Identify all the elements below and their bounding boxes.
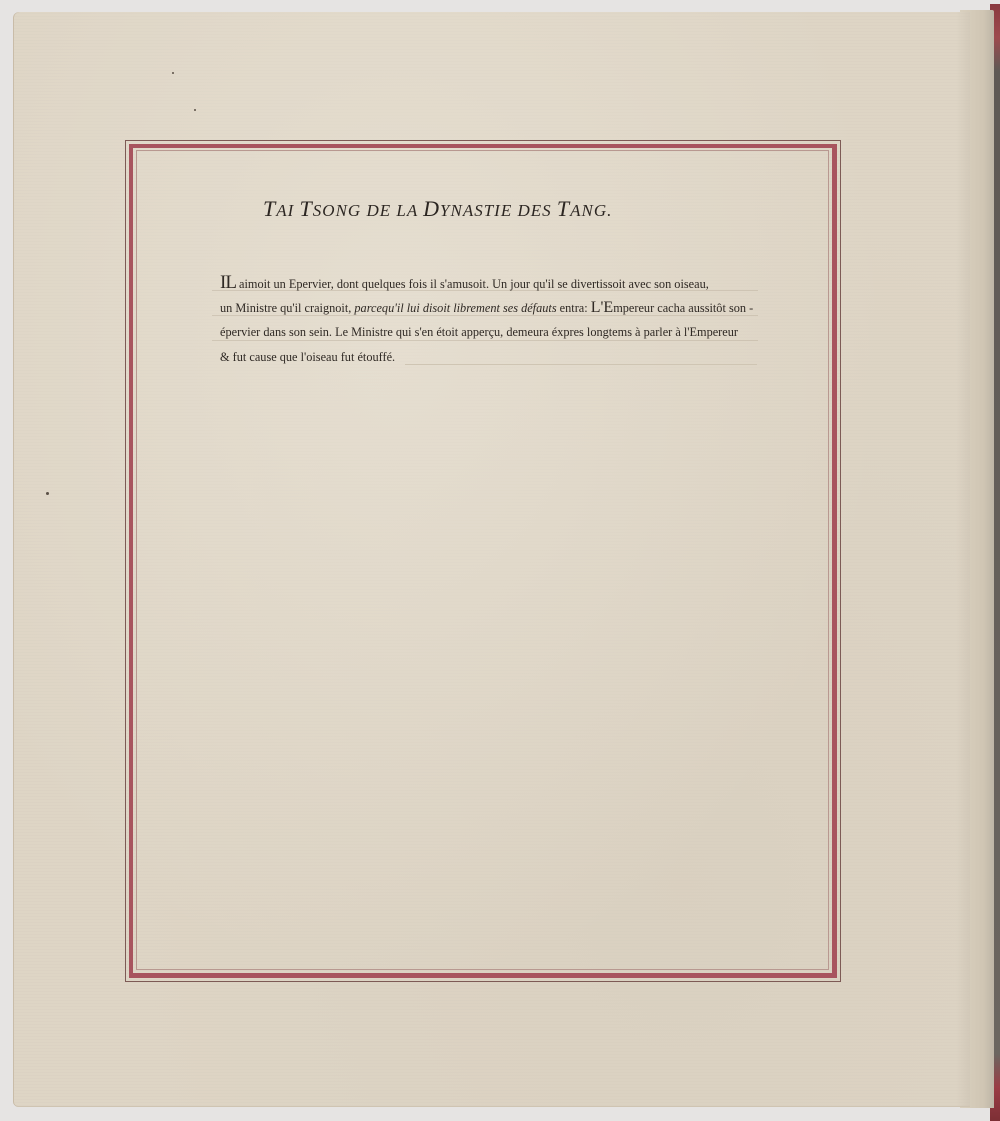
paper-speck — [194, 109, 196, 111]
text-line: IL aimoit un Epervier, dont quelques foi… — [220, 270, 780, 295]
text-line: & fut cause que l'oiseau fut étouffé. — [220, 345, 780, 370]
end-rule-line — [405, 364, 757, 365]
title-word: DE LA — [366, 201, 417, 220]
title-word: DES — [517, 201, 551, 220]
title-word: DYNASTIE — [423, 201, 512, 220]
text-line: un Ministre qu'il craignoit, parcequ'il … — [220, 295, 780, 320]
title-word: TSONG — [300, 201, 362, 220]
drop-cap: IL — [220, 272, 236, 293]
page-title: TAI TSONG DE LA DYNASTIE DES TANG. — [263, 196, 612, 222]
body-paragraph: IL aimoit un Epervier, dont quelques foi… — [220, 270, 780, 370]
title-word: TANG. — [557, 201, 613, 220]
decorative-frame — [125, 140, 841, 982]
paper-speck — [172, 72, 174, 74]
title-word: TAI — [263, 201, 294, 220]
italic-phrase: parcequ'il lui disoit librement ses défa… — [354, 301, 556, 315]
text-line: épervier dans son sein. Le Ministre qui … — [220, 320, 780, 345]
paper-speck — [46, 492, 49, 495]
